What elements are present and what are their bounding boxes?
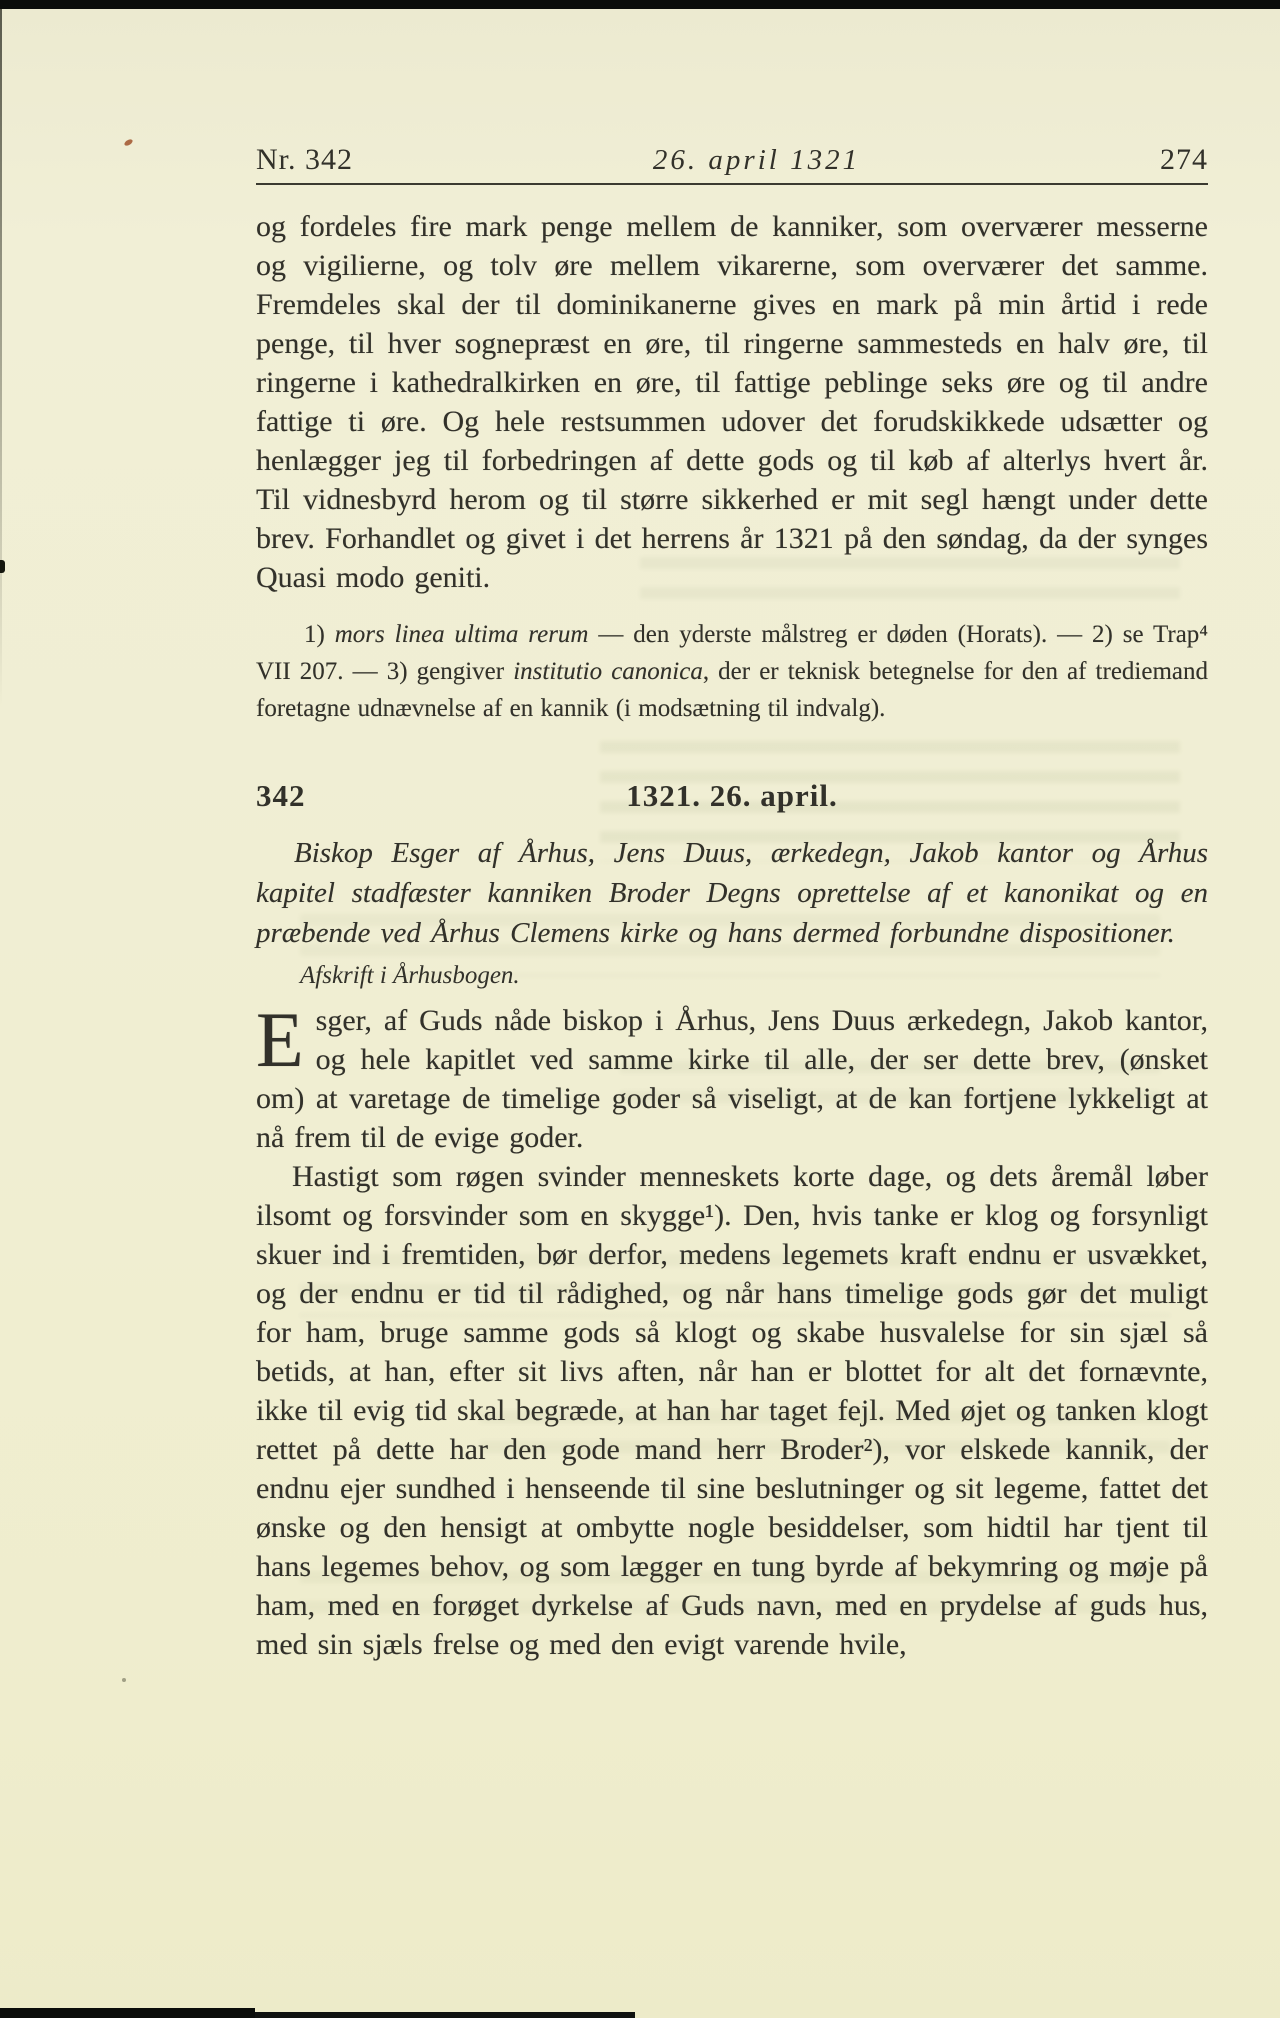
footnote-block: 1) mors linea ultima rerum — den yderste…: [256, 616, 1208, 727]
header-page-number: 274: [1160, 144, 1208, 176]
scan-edge-top: [0, 0, 1280, 9]
text-column: Nr. 342 26. april 1321 274 og fordeles f…: [256, 144, 1208, 1664]
paper-speck: [122, 1678, 126, 1682]
footnote-latin-term: institutio canonica: [513, 658, 703, 685]
scan-edge-bottom: [0, 2008, 255, 2018]
document-342-paragraph-1: Esger, af Guds nåde biskop i Århus, Jens…: [256, 1001, 1208, 1157]
document-number: 342: [256, 778, 306, 813]
paper-speck: [123, 138, 133, 147]
scan-artifact-tick: [0, 560, 5, 573]
scan-edge-bottom: [255, 2012, 635, 2018]
footnote-marker-1: 1): [304, 621, 335, 648]
document-342-regest: Biskop Esger af Århus, Jens Duus, ærkede…: [256, 833, 1208, 953]
paragraph-text: sger, af Guds nåde biskop i Århus, Jens …: [256, 1004, 1208, 1154]
header-date: 26. april 1321: [353, 144, 1160, 176]
document-date: 1321. 26. april.: [626, 779, 837, 813]
running-header: Nr. 342 26. april 1321 274: [256, 144, 1208, 185]
footnote-latin-phrase: mors linea ultima rerum: [335, 621, 589, 648]
document-342-heading: 342 1321. 26. april.: [256, 779, 1208, 813]
source-note: Afskrift i Århusbogen.: [256, 961, 1208, 991]
scanned-book-page: Nr. 342 26. april 1321 274 og fordeles f…: [0, 0, 1280, 2018]
header-entry-number: Nr. 342: [256, 144, 353, 176]
scan-edge-left: [0, 9, 2, 709]
document-342-paragraph-2: Hastigt som røgen svinder menneskets kor…: [256, 1157, 1208, 1664]
document-341-text-continuation: og fordeles fire mark penge mellem de ka…: [256, 207, 1208, 597]
drop-cap-initial: E: [256, 1008, 304, 1072]
